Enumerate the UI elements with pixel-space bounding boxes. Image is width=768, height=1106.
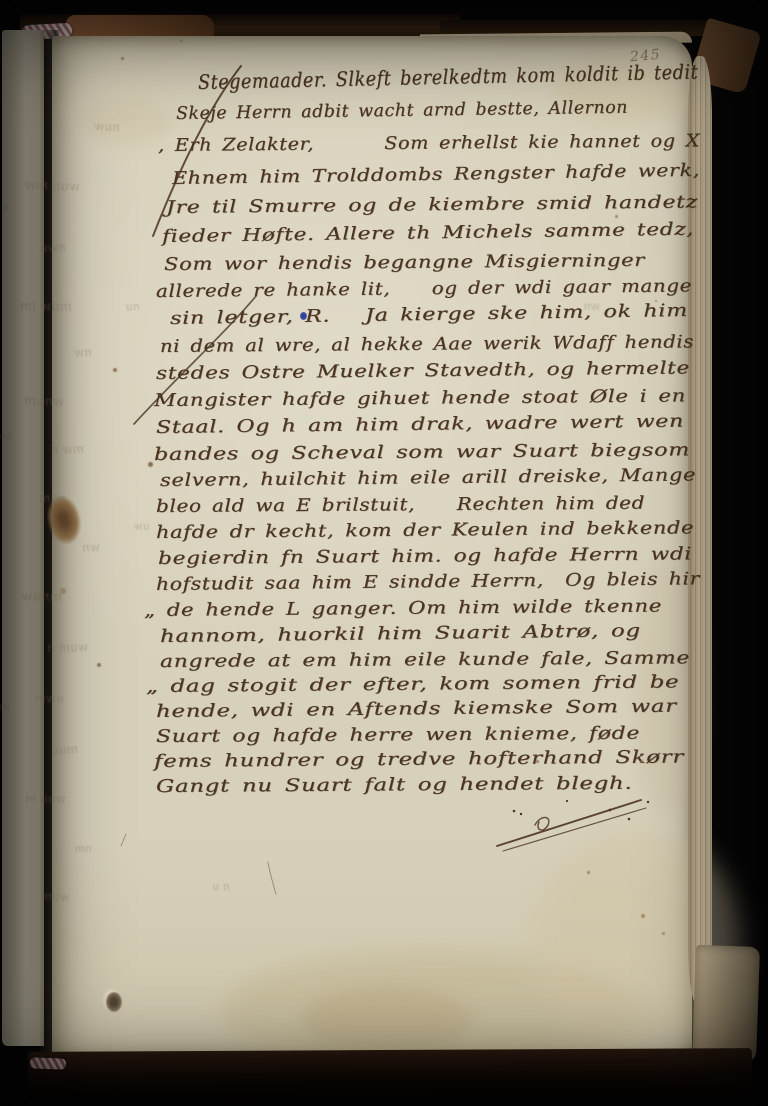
manuscript-line: sin letger, R. Ja kierge ske him, ok him [170, 301, 688, 329]
manuscript-line: hofstudit saa him E sindde Herrn, Og ble… [156, 569, 700, 595]
manuscript-line: begierdin fn Suart him. og hafde Herrn w… [158, 544, 692, 569]
manuscript-line: Skeje Herrn adbit wacht arnd bestte, All… [176, 98, 628, 124]
manuscript-line: Jre til Smurre og de kiembre smid handet… [166, 192, 698, 218]
manuscript-line: Mangister hafde gihuet hende stoat Øle i… [154, 386, 686, 411]
manuscript-scan: wun mwnwwmuw imnwwnummw nnumwnmnuwwum nn… [0, 0, 768, 1106]
manuscript-line: stedes Ostre Muelker Stavedth, og hermel… [156, 358, 690, 384]
manuscript-line: angrede at em him eile kunde fale, Samme [160, 648, 690, 672]
handwritten-text-block: Stegemaader. Slkeft berelkedtm kom koldi… [0, 0, 768, 1106]
manuscript-line: , Erh Zelakter, Som erhellst kie hannet … [158, 131, 700, 156]
manuscript-line: Staal. Og h am him drak, wadre wert wen [156, 412, 684, 438]
manuscript-line: bleo ald wa E brilstuit, Rechten him ded [156, 494, 645, 517]
manuscript-line: fems hundrer og tredve hofterhand Skørr [154, 747, 684, 772]
manuscript-line: allerede re hanke lit, og der wdi gaar m… [156, 276, 692, 302]
manuscript-line: Gangt nu Suart falt og hendet blegh. [156, 774, 633, 797]
manuscript-line: hafde dr kecht, kom der Keulen ind bekke… [156, 518, 694, 543]
manuscript-line: „ de hende L ganger. Om him wilde tkenne [144, 596, 662, 621]
manuscript-line: hende, wdi en Aftends kiemske Som war [156, 697, 677, 722]
manuscript-line: bandes og Scheval som war Suart biegsom [154, 440, 690, 465]
manuscript-line: Ehnem him Trolddombs Rengster hafde werk… [172, 161, 700, 189]
manuscript-line: Stegemaader. Slkeft berelkedtm kom koldi… [198, 60, 699, 94]
blue-ink-blot [300, 312, 307, 320]
manuscript-line: Suart og hafde herre wen knieme, føde [156, 724, 640, 747]
manuscript-line: fieder Høfte. Allere th Michels samme te… [162, 220, 694, 247]
manuscript-line: ni dem al wre, al hekke Aae werik Wdaff … [160, 332, 694, 357]
manuscript-line: „ dag stogit der efter, kom somen frid b… [146, 672, 679, 697]
page-number: 245 [629, 47, 662, 66]
manuscript-line: selvern, huilchit him eile arill dreiske… [160, 465, 696, 491]
manuscript-line: Som wor hendis begangne Misgierninger [164, 251, 645, 275]
manuscript-line: hannom, huorkil him Suarit Abtrø, og [160, 621, 641, 647]
